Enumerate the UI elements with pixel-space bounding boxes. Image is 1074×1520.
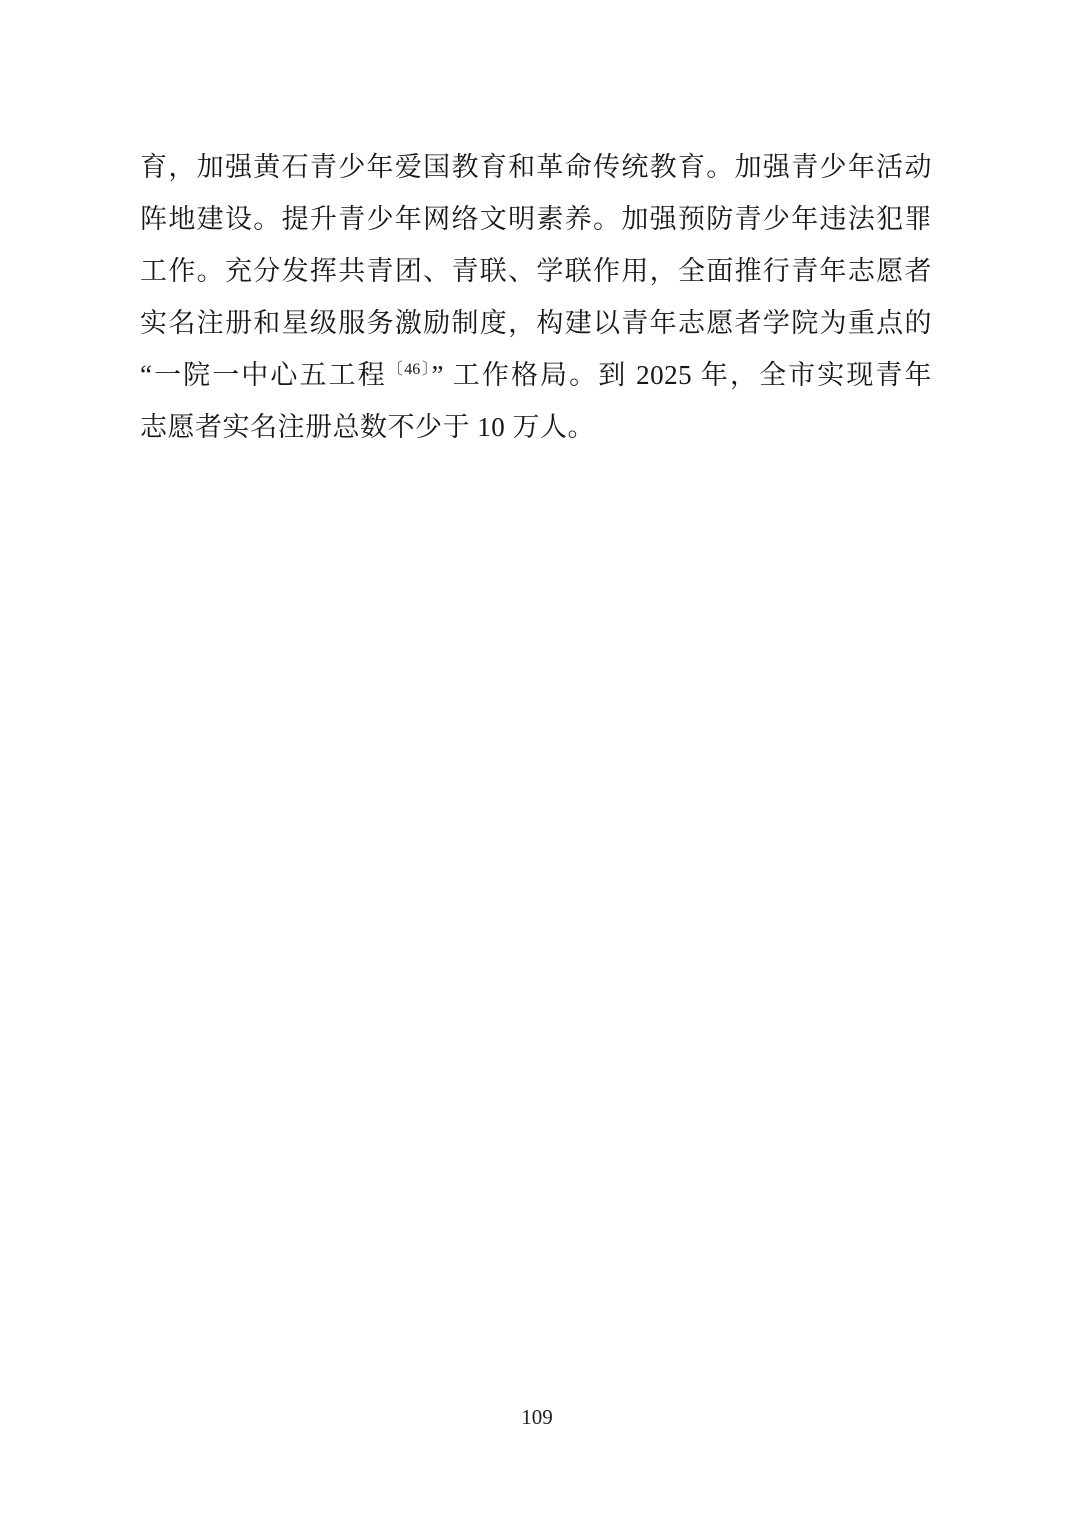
text-line: “一院一中心五工程〔46〕” 工作格局。到 2025 年，全市实现青年: [140, 349, 932, 401]
text-line: 工作。充分发挥共青团、青联、学联作用，全面推行青年志愿者: [140, 245, 932, 297]
text-line: 实名注册和星级服务激励制度，构建以青年志愿者学院为重点的: [140, 297, 932, 349]
quoted-term-text: “一院一中心五工程: [140, 360, 387, 390]
page-number: 109: [0, 1402, 1074, 1432]
text-line: 育，加强黄石青少年爱国教育和革命传统教育。加强青少年活动: [140, 141, 932, 193]
body-paragraph: 育，加强黄石青少年爱国教育和革命传统教育。加强青少年活动 阵地建设。提升青少年网…: [140, 141, 932, 453]
footnote-reference: 〔46〕: [387, 361, 432, 378]
text-line: 志愿者实名注册总数不少于 10 万人。: [140, 401, 932, 453]
line-continuation-text: ” 工作格局。到 2025 年，全市实现青年: [431, 360, 932, 390]
document-page: { "colors": { "background": "#ffffff", "…: [0, 0, 1074, 1520]
text-line: 阵地建设。提升青少年网络文明素养。加强预防青少年违法犯罪: [140, 193, 932, 245]
